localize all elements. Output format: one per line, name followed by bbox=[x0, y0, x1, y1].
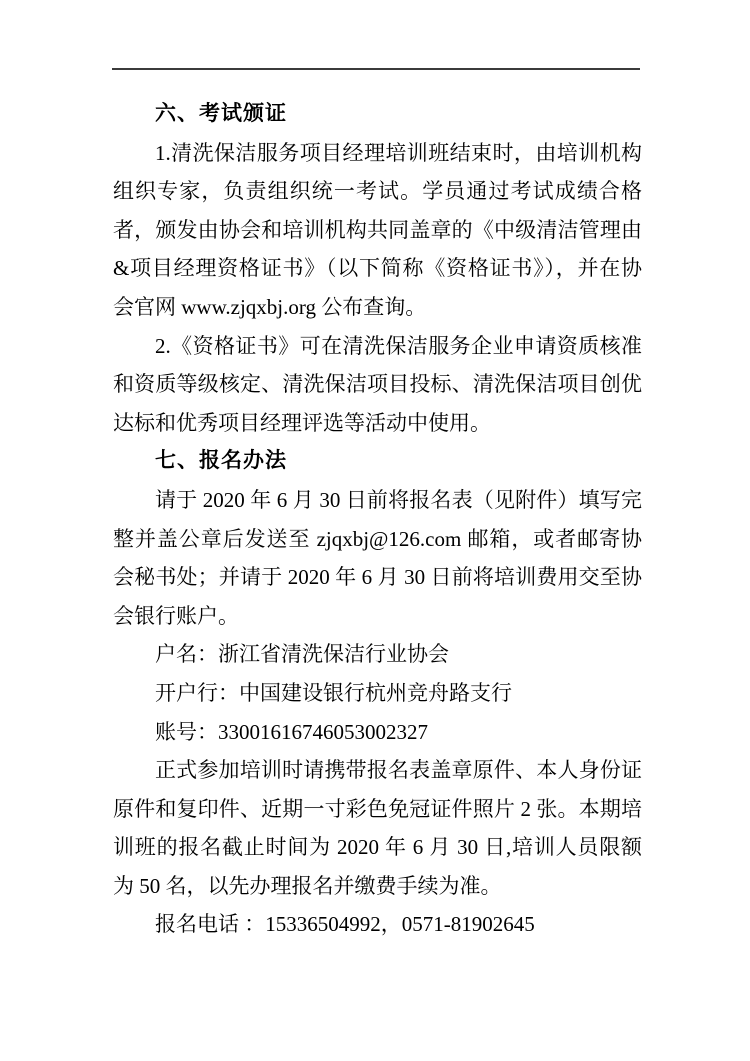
registration-phone-line: 报名电话 ：15336504992，0571-81902645 bbox=[113, 905, 642, 944]
paragraph-exam-item-1: 1.清洗保洁服务项目经理培训班结束时，由培训机构组织专家，负责组织统一考试。学员… bbox=[113, 134, 642, 327]
section-heading-exam-certification: 六、考试颁证 bbox=[113, 95, 642, 134]
bank-account-number-line: 账号：33001616746053002327 bbox=[113, 713, 642, 752]
section-heading-registration-method: 七、报名办法 bbox=[113, 442, 642, 481]
document-page: 六、考试颁证 1.清洗保洁服务项目经理培训班结束时，由培训机构组织专家，负责组织… bbox=[0, 0, 750, 1061]
document-body: 六、考试颁证 1.清洗保洁服务项目经理培训班结束时，由培训机构组织专家，负责组织… bbox=[113, 95, 642, 944]
paragraph-registration-instructions: 请于 2020 年 6 月 30 日前将报名表（见附件）填写完整并盖公章后发送至… bbox=[113, 481, 642, 635]
bank-branch-line: 开户行：中国建设银行杭州竞舟路支行 bbox=[113, 674, 642, 713]
bank-account-name-line: 户名：浙江省清洗保洁行业协会 bbox=[113, 635, 642, 674]
paragraph-exam-item-2: 2.《资格证书》可在清洗保洁服务企业申请资质核准和资质等级核定、清洗保洁项目投标… bbox=[113, 327, 642, 443]
paragraph-training-requirements: 正式参加培训时请携带报名表盖章原件、本人身份证原件和复印件、近期一寸彩色免冠证件… bbox=[113, 751, 642, 905]
header-separator-line bbox=[112, 68, 640, 70]
